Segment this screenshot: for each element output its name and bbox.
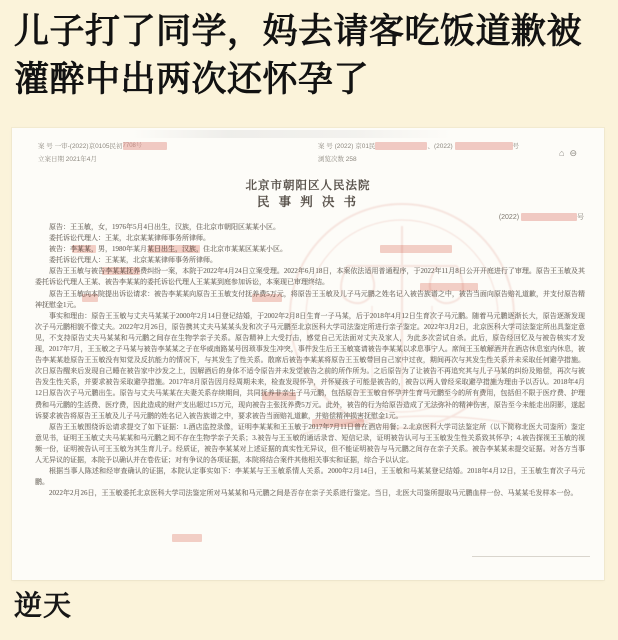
doc-meta-right-case-line: 案 号 (2022) 京01民、(2022) 号 — [318, 140, 519, 153]
redaction-highlight — [375, 142, 427, 150]
doc-meta-left: 案 号 一审-(2022)京0105民初7708号 立案日期 2021年4月 — [38, 140, 167, 166]
redaction-highlight — [148, 245, 200, 253]
doc-paragraph: 委托诉讼代理人：王某某，北京某某律师事务所律师。 — [35, 255, 585, 266]
doc-meta-left-case-line: 案 号 一审-(2022)京0105民初7708号 — [38, 140, 167, 153]
doc-paragraph: 2022年2月26日，王玉敏委托北京医科大学司法鉴定所对马某某和马元鹏之间是否存… — [35, 488, 585, 499]
case-number: (2022) 号 — [499, 212, 584, 222]
doc-paragraph: 根据当事人陈述和经审查确认的证据，本院认定事实如下：李某某与王玉敏系情人关系。2… — [35, 466, 585, 488]
doc-paragraph: 事实和理由：原告王玉敏与丈夫马某某于2000年2月14日登记结婚，于2002年2… — [35, 311, 585, 422]
doc-toolbar: ⌂⊖ — [559, 148, 582, 159]
document-type-title: 民 事 判 决 书 — [12, 192, 604, 210]
doc-paragraph: 被告：李某某，男，1980年某月某日出生，汉族，住北京市某某区某某小区。 — [35, 244, 585, 255]
redaction-highlight — [455, 142, 513, 150]
doc-paragraph: 原告王玉敏向本院提出诉讼请求：被告李某某向原告王玉敏支付抚养费5万元，将原告王玉… — [35, 289, 585, 311]
redaction-highlight — [521, 213, 577, 221]
doc-meta-right: 案 号 (2022) 京01民、(2022) 号 浏览次数 258 — [318, 140, 519, 166]
redaction-highlight — [420, 283, 478, 291]
scan-artifact — [132, 130, 452, 138]
redaction-highlight — [262, 392, 296, 400]
redaction-highlight — [72, 245, 96, 253]
doc-body: 原告：王玉敏，女，1976年5月4日出生，汉族，住北京市朝阳区某某小区。委托诉讼… — [35, 222, 585, 499]
redaction-highlight — [312, 419, 364, 427]
court-name: 北京市朝阳区人民法院 — [12, 177, 604, 193]
redaction-highlight — [82, 294, 98, 302]
doc-paragraph: 委托诉讼代理人：王某，北京某某律师事务所律师。 — [35, 233, 585, 244]
home-icon[interactable]: ⌂ — [559, 148, 569, 158]
redaction-highlight: 7708号 — [123, 142, 167, 150]
collapse-icon[interactable]: ⊖ — [569, 148, 582, 158]
doc-paragraph: 原告：王玉敏，女，1976年5月4日出生，汉族，住北京市朝阳区某某小区。 — [35, 222, 585, 233]
doc-meta-right-views-line: 浏览次数 258 — [318, 153, 519, 166]
post-caption: 逆天 — [14, 584, 72, 624]
redaction-highlight — [380, 245, 452, 253]
redaction-highlight — [252, 294, 282, 302]
post-headline: 儿子打了同学，妈去请客吃饭道歉被灌醉中出两次还怀孕了 — [0, 0, 618, 105]
doc-paragraph: 原告王玉敏围绕诉讼请求提交了如下证据：1.酒店监控录像，证明李某某和王玉敏于20… — [35, 422, 585, 466]
page-fold-line — [472, 556, 590, 557]
redaction-highlight — [102, 267, 140, 275]
redaction-highlight — [172, 534, 202, 542]
judgment-document-photo: 案 号 一审-(2022)京0105民初7708号 立案日期 2021年4月 案… — [12, 128, 604, 580]
doc-meta-left-date-line: 立案日期 2021年4月 — [38, 153, 167, 166]
